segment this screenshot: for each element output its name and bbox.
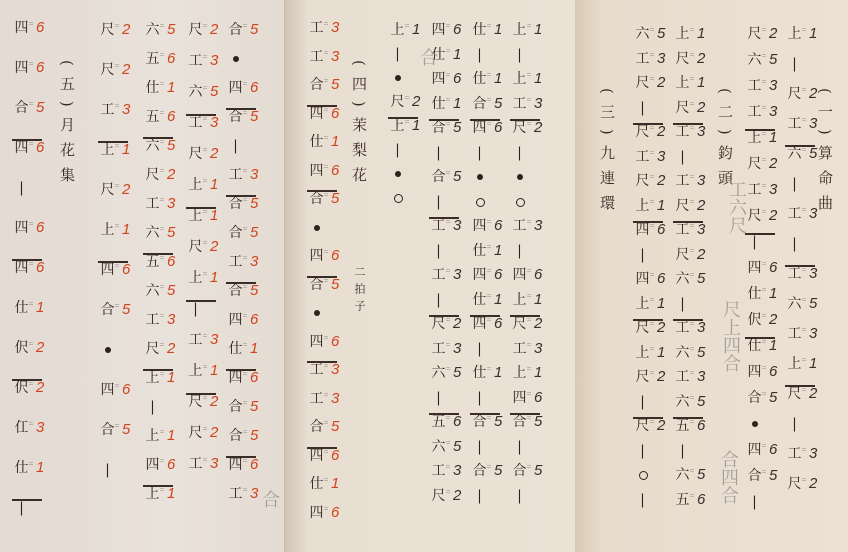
gongche-symbol: 仕 (431, 96, 446, 112)
notation-note: 工::3 (228, 486, 258, 502)
gongche-symbol: 尺 (100, 22, 115, 38)
numeric-annotation: 1 (809, 355, 817, 372)
gongche-symbol: | (787, 56, 802, 72)
gongche-symbol: 上 (145, 486, 160, 502)
kana-annotation: :: (160, 109, 167, 116)
gongche-symbol: 四 (100, 382, 115, 398)
gongche-symbol: 四 (309, 248, 324, 264)
kana-annotation: :: (324, 20, 331, 27)
notation-note: 尺::2 (188, 22, 218, 38)
numeric-annotation: 3 (697, 319, 705, 336)
gongche-symbol: 伬 (747, 312, 762, 328)
notation-note: 伬::2 (747, 312, 777, 328)
numeric-annotation: 3 (809, 205, 817, 222)
gongche-symbol: 五 (675, 418, 690, 434)
numeric-annotation: 3 (250, 166, 258, 183)
kana-annotation: :: (203, 270, 210, 277)
notation-note: | (675, 149, 690, 165)
notation-note: 上::1 (635, 198, 665, 214)
notation-note: 工::3 (309, 391, 339, 407)
kana-annotation: :: (324, 134, 331, 141)
gongche-symbol: 四 (472, 218, 487, 234)
gongche-symbol: 尺 (787, 476, 802, 492)
notation-note: 四::6 (747, 260, 777, 276)
notation-note: 四::6 (14, 260, 44, 276)
notation-note: | (14, 500, 29, 516)
gongche-symbol: | (635, 247, 650, 263)
gongche-symbol: | (472, 439, 487, 455)
kana-annotation: :: (690, 198, 697, 205)
kana-annotation: :: (29, 300, 36, 307)
beat-dot (105, 347, 111, 353)
gongche-symbol: 上 (188, 177, 203, 193)
kana-annotation: :: (650, 222, 657, 229)
numeric-annotation: 3 (210, 52, 218, 69)
numeric-annotation: 1 (494, 70, 502, 87)
gongche-symbol: 合 (747, 468, 762, 484)
kana-annotation: :: (324, 277, 331, 284)
notation-note: 四::6 (14, 60, 44, 76)
kana-annotation: :: (690, 247, 697, 254)
gongche-symbol: | (472, 47, 487, 63)
kana-annotation: :: (487, 243, 494, 250)
numeric-annotation: 3 (697, 172, 705, 189)
kana-annotation: :: (115, 102, 122, 109)
gongche-symbol: | (635, 443, 650, 459)
numeric-annotation: 2 (122, 21, 130, 38)
numeric-annotation: 2 (809, 85, 817, 102)
kana-annotation: :: (243, 283, 250, 290)
numeric-annotation: 6 (494, 217, 502, 234)
gongche-symbol: | (431, 145, 446, 161)
notation-note: 六::5 (188, 84, 218, 100)
notation-note: 合::5 (472, 463, 502, 479)
numeric-annotation: 1 (494, 364, 502, 381)
notation-note: 上::1 (188, 363, 218, 379)
gongche-symbol: 合 (472, 463, 487, 479)
numeric-annotation: 6 (36, 219, 44, 236)
gongche-symbol: 上 (188, 363, 203, 379)
notation-note: 仕::1 (309, 476, 339, 492)
numeric-annotation: 6 (769, 259, 777, 276)
kana-annotation: :: (690, 51, 697, 58)
gongche-symbol: 尺 (675, 100, 690, 116)
numeric-annotation: 5 (250, 224, 258, 241)
kana-annotation: :: (762, 52, 769, 59)
notation-note: | (635, 443, 650, 459)
notation-note: 六::5 (431, 439, 461, 455)
notation-note: 尺::2 (747, 208, 777, 224)
notation-note: 尺::2 (145, 341, 175, 357)
notation-note: 工::3 (309, 362, 339, 378)
kana-annotation: :: (446, 365, 453, 372)
gongche-symbol: 工 (512, 218, 527, 234)
numeric-annotation: 6 (331, 447, 339, 464)
notation-note: 仜::3 (14, 420, 44, 436)
kana-annotation: :: (487, 292, 494, 299)
kana-annotation: :: (29, 140, 36, 147)
notation-note: 四::6 (14, 140, 44, 156)
kana-annotation: :: (487, 96, 494, 103)
notation-note: 上::1 (390, 22, 420, 38)
gongche-symbol: 四 (431, 22, 446, 38)
notation-note: 尺::2 (431, 488, 461, 504)
notation-note: 仕::1 (228, 341, 258, 357)
notation-note: 合::5 (472, 414, 502, 430)
gongche-symbol: 尺 (675, 247, 690, 263)
gongche-symbol: 尺 (188, 425, 203, 441)
kana-annotation: :: (446, 316, 453, 323)
kana-annotation: :: (243, 457, 250, 464)
gongche-symbol: 上 (635, 198, 650, 214)
gongche-symbol: 工 (787, 116, 802, 132)
numeric-annotation: 5 (769, 467, 777, 484)
gongche-symbol: | (431, 292, 446, 308)
gongche-symbol: 工 (747, 78, 762, 94)
gongche-symbol: 上 (675, 75, 690, 91)
kana-annotation: :: (690, 345, 697, 352)
numeric-annotation: 1 (494, 21, 502, 38)
gongche-symbol: 尺 (512, 316, 527, 332)
gongche-symbol: 仕 (309, 134, 324, 150)
gongche-symbol: | (787, 236, 802, 252)
notation-note: 合::5 (431, 120, 461, 136)
numeric-annotation: 2 (210, 393, 218, 410)
gongche-symbol: 工 (675, 124, 690, 140)
gongche-symbol: 尺 (100, 62, 115, 78)
kana-annotation: :: (446, 169, 453, 176)
gongche-symbol: 仕 (472, 292, 487, 308)
numeric-annotation: 3 (36, 419, 44, 436)
numeric-annotation: 2 (122, 181, 130, 198)
numeric-annotation: 5 (534, 462, 542, 479)
gongche-symbol: 六 (431, 365, 446, 381)
notation-note: 四::6 (309, 248, 339, 264)
gongche-symbol: 四 (309, 505, 324, 521)
kana-annotation: :: (115, 182, 122, 189)
notation-note: | (14, 180, 29, 196)
numeric-annotation: 5 (250, 427, 258, 444)
notation-note: 工::3 (675, 124, 705, 140)
numeric-annotation: 5 (769, 389, 777, 406)
rest-circle (639, 471, 648, 480)
gongche-symbol: 合 (228, 22, 243, 38)
kana-annotation: :: (243, 80, 250, 87)
notation-note: | (472, 341, 487, 357)
notation-note: 工::3 (747, 104, 777, 120)
kana-annotation: :: (802, 26, 809, 33)
notation-note: | (635, 394, 650, 410)
gongche-symbol: 尺 (635, 418, 650, 434)
notation-note: 尺::2 (747, 26, 777, 42)
notation-note: 尺::2 (787, 386, 817, 402)
numeric-annotation: 1 (809, 25, 817, 42)
notation-note: 上::1 (512, 22, 542, 38)
gongche-symbol: 合 (472, 414, 487, 430)
notation-note: 仕::1 (14, 460, 44, 476)
numeric-annotation: 5 (167, 137, 175, 154)
notation-note: 仕::1 (145, 80, 175, 96)
numeric-annotation: 3 (769, 181, 777, 198)
notation-note: 上::1 (145, 428, 175, 444)
gongche-symbol: 四 (747, 442, 762, 458)
gongche-symbol: 伬 (14, 340, 29, 356)
gongche-symbol: 工 (145, 196, 160, 212)
kana-annotation: :: (690, 222, 697, 229)
notation-note: 尺::2 (100, 22, 130, 38)
notation-note: 四::6 (100, 262, 130, 278)
beat-dot (314, 310, 320, 316)
piece-1-title: (一)算命曲 (815, 88, 836, 220)
numeric-annotation: 6 (250, 79, 258, 96)
numeric-annotation: 6 (167, 253, 175, 270)
numeric-annotation: 3 (453, 266, 461, 283)
middle-page: (四)茉梨花 二拍子 工::3工::3合::5四::6仕::1四::6合::5四… (285, 0, 575, 552)
gongche-symbol: 六 (188, 84, 203, 100)
kana-annotation: :: (115, 62, 122, 69)
numeric-annotation: 5 (453, 438, 461, 455)
kana-annotation: :: (160, 457, 167, 464)
numeric-annotation: 5 (453, 119, 461, 136)
gongche-symbol: 四 (472, 120, 487, 136)
gongche-symbol: 合 (472, 96, 487, 112)
numeric-annotation: 3 (809, 325, 817, 342)
gongche-symbol: 上 (390, 118, 405, 134)
kana-annotation: :: (446, 47, 453, 54)
kana-annotation: :: (115, 142, 122, 149)
gongche-symbol: 仕 (14, 300, 29, 316)
numeric-annotation: 1 (453, 95, 461, 112)
gongche-symbol: 六 (145, 22, 160, 38)
piece-3-title: (三)九連環 (597, 88, 618, 220)
numeric-annotation: 1 (122, 221, 130, 238)
kana-annotation: :: (650, 296, 657, 303)
numeric-annotation: 1 (697, 25, 705, 42)
kana-annotation: :: (690, 173, 697, 180)
numeric-annotation: 5 (453, 364, 461, 381)
notation-note: 工::3 (309, 20, 339, 36)
gongche-symbol: 仕 (472, 71, 487, 87)
notation-note: 尺::2 (188, 394, 218, 410)
numeric-annotation: 5 (534, 413, 542, 430)
gongche-symbol: 工 (188, 332, 203, 348)
numeric-annotation: 2 (36, 379, 44, 396)
gongche-symbol: 尺 (675, 198, 690, 214)
numeric-annotation: 1 (167, 427, 175, 444)
gongche-symbol: 四 (145, 457, 160, 473)
gongche-symbol: 工 (747, 104, 762, 120)
numeric-annotation: 6 (167, 108, 175, 125)
notation-note: 尺::2 (675, 51, 705, 67)
numeric-annotation: 2 (657, 417, 665, 434)
gongche-symbol: 合 (228, 196, 243, 212)
gongche-symbol: 工 (635, 149, 650, 165)
kana-annotation: :: (487, 267, 494, 274)
numeric-annotation: 3 (167, 195, 175, 212)
notation-note: 五::6 (675, 492, 705, 508)
numeric-annotation: 3 (250, 485, 258, 502)
numeric-annotation: 5 (697, 393, 705, 410)
kana-annotation: :: (203, 332, 210, 339)
kana-annotation: :: (160, 370, 167, 377)
numeric-annotation: 5 (331, 276, 339, 293)
kana-annotation: :: (762, 156, 769, 163)
numeric-annotation: 3 (331, 361, 339, 378)
kana-annotation: :: (527, 267, 534, 274)
kana-annotation: :: (527, 390, 534, 397)
notation-note: 四::6 (472, 120, 502, 136)
gongche-symbol: 尺 (635, 369, 650, 385)
gongche-symbol: 仕 (228, 341, 243, 357)
notation-note: 工::3 (635, 51, 665, 67)
gongche-symbol: 五 (145, 51, 160, 67)
notation-note: | (472, 145, 487, 161)
notation-note: 四::6 (100, 382, 130, 398)
notation-note: 工::3 (747, 78, 777, 94)
notation-note: 合::5 (747, 468, 777, 484)
gongche-symbol: 合 (228, 109, 243, 125)
notation-note: | (431, 292, 446, 308)
kana-annotation: :: (690, 100, 697, 107)
numeric-annotation: 3 (697, 221, 705, 238)
notation-note: 四::6 (472, 267, 502, 283)
notation-note: 上::1 (787, 356, 817, 372)
notation-note: 上::1 (747, 130, 777, 146)
notation-note: | (431, 194, 446, 210)
numeric-annotation: 2 (769, 207, 777, 224)
gongche-symbol: 合 (309, 419, 324, 435)
notation-note: 上::1 (635, 345, 665, 361)
beat-dot (395, 171, 401, 177)
numeric-annotation: 6 (331, 105, 339, 122)
numeric-annotation: 6 (331, 333, 339, 350)
gongche-symbol: 上 (100, 142, 115, 158)
notation-note: 尺::2 (145, 167, 175, 183)
numeric-annotation: 2 (657, 319, 665, 336)
notation-note: 上::1 (145, 486, 175, 502)
kana-annotation: :: (243, 312, 250, 319)
numeric-annotation: 5 (494, 95, 502, 112)
gongche-symbol: 合 (309, 191, 324, 207)
gongche-symbol: 仕 (472, 243, 487, 259)
gongche-symbol: 尺 (675, 51, 690, 67)
numeric-annotation: 3 (769, 77, 777, 94)
kana-annotation: :: (802, 326, 809, 333)
numeric-annotation: 6 (36, 259, 44, 276)
numeric-annotation: 3 (697, 123, 705, 140)
kana-annotation: :: (527, 365, 534, 372)
notation-note: | (431, 145, 446, 161)
numeric-annotation: 6 (331, 504, 339, 521)
gongche-symbol: 四 (309, 163, 324, 179)
rest-circle (394, 194, 403, 203)
numeric-annotation: 2 (453, 487, 461, 504)
gongche-symbol: 工 (675, 320, 690, 336)
numeric-annotation: 2 (210, 424, 218, 441)
notation-note: 六::5 (787, 296, 817, 312)
kana-annotation: :: (203, 363, 210, 370)
gongche-symbol: 工 (145, 312, 160, 328)
numeric-annotation: 2 (769, 311, 777, 328)
numeric-annotation: 6 (36, 139, 44, 156)
numeric-annotation: 5 (122, 421, 130, 438)
gongche-symbol: 工 (787, 266, 802, 282)
kana-annotation: :: (203, 84, 210, 91)
gongche-symbol: 四 (512, 267, 527, 283)
numeric-annotation: 5 (167, 282, 175, 299)
notation-note: | (431, 243, 446, 259)
gongche-symbol: 尺 (747, 26, 762, 42)
gongche-symbol: 工 (675, 222, 690, 238)
gongche-symbol: 四 (14, 20, 29, 36)
numeric-annotation: 2 (412, 93, 420, 110)
numeric-annotation: 6 (167, 50, 175, 67)
numeric-annotation: 2 (809, 475, 817, 492)
gongche-symbol: 上 (512, 22, 527, 38)
gongche-symbol: 尺 (188, 22, 203, 38)
gongche-symbol: 上 (145, 370, 160, 386)
rest-circle (476, 198, 485, 207)
gongche-symbol: | (787, 416, 802, 432)
numeric-annotation: 2 (36, 339, 44, 356)
gongche-symbol: 合 (431, 169, 446, 185)
gongche-symbol: 工 (100, 102, 115, 118)
notation-note: 四::6 (228, 80, 258, 96)
right-page: (三)九連環 (二)鈞頭 (一)算命曲 六::5工::3尺::2|尺::2工::… (575, 0, 848, 552)
notation-note: 合::5 (228, 22, 258, 38)
numeric-annotation: 2 (697, 99, 705, 116)
kana-annotation: :: (243, 167, 250, 174)
numeric-annotation: 1 (412, 21, 420, 38)
pencil-mark: 合 (420, 44, 438, 70)
gongche-symbol: 工 (635, 51, 650, 67)
numeric-annotation: 5 (250, 108, 258, 125)
kana-annotation: :: (762, 286, 769, 293)
numeric-annotation: 1 (122, 141, 130, 158)
notation-note: 尺::2 (635, 124, 665, 140)
kana-annotation: :: (324, 191, 331, 198)
gongche-symbol: | (635, 394, 650, 410)
notation-note: 四::6 (635, 271, 665, 287)
kana-annotation: :: (324, 448, 331, 455)
kana-annotation: :: (650, 320, 657, 327)
kana-annotation: :: (243, 399, 250, 406)
notation-note: 合::5 (309, 419, 339, 435)
notation-note: 四::6 (309, 163, 339, 179)
notation-note: 五::6 (675, 418, 705, 434)
notation-note: 工::3 (145, 196, 175, 212)
gongche-symbol: 尺 (787, 386, 802, 402)
numeric-annotation: 6 (534, 266, 542, 283)
gongche-symbol: 工 (747, 182, 762, 198)
gongche-symbol: 合 (431, 120, 446, 136)
notation-note: 工::3 (787, 326, 817, 342)
numeric-annotation: 6 (769, 441, 777, 458)
kana-annotation: :: (487, 22, 494, 29)
kana-annotation: :: (762, 260, 769, 267)
kana-annotation: :: (203, 22, 210, 29)
kana-annotation: :: (487, 71, 494, 78)
beat-dot (395, 75, 401, 81)
notation-note: 工::3 (512, 218, 542, 234)
notation-note: 伬::2 (14, 380, 44, 396)
kana-annotation: :: (527, 96, 534, 103)
notation-note: 合::5 (512, 414, 542, 430)
notation-note: | (472, 47, 487, 63)
notation-note: 尺::2 (100, 62, 130, 78)
notation-note: 上::1 (512, 292, 542, 308)
numeric-annotation: 1 (331, 133, 339, 150)
